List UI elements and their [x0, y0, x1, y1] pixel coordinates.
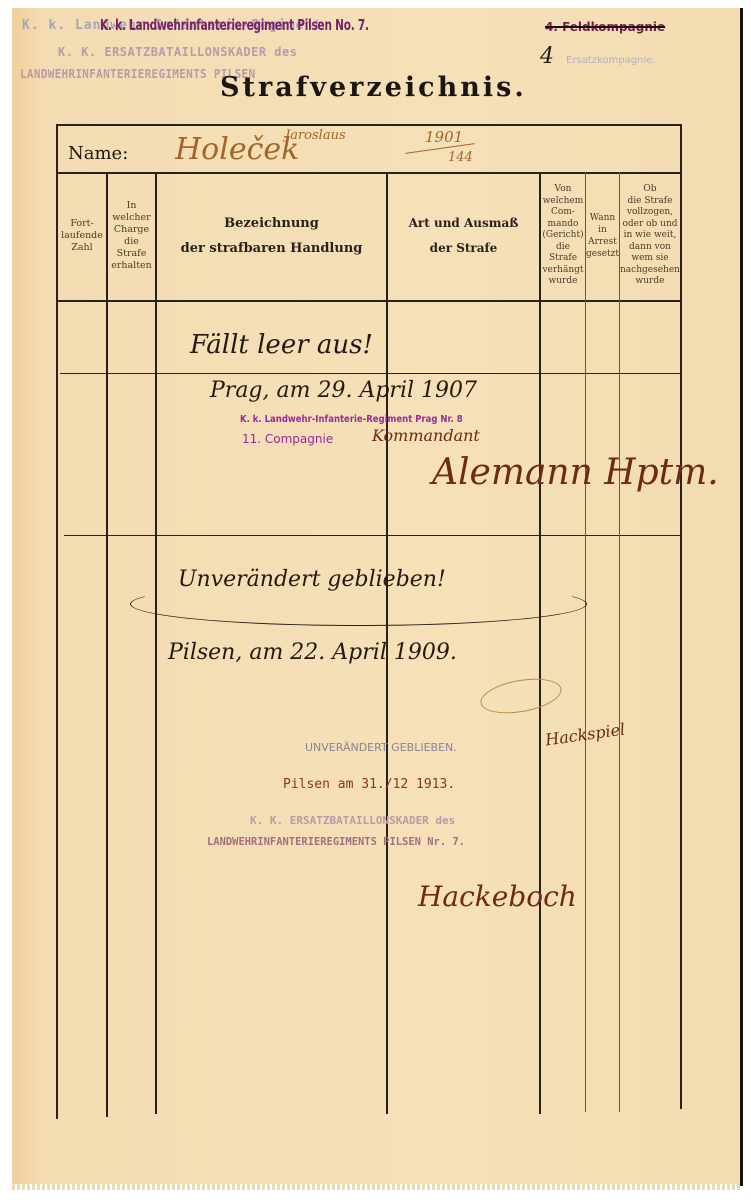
header-offense: Bezeichnung der strafbaren Handlung — [157, 174, 386, 298]
ersatz-1913-stamp-line1: K. K. ERSATZBATAILLONSKADER des — [250, 814, 455, 827]
col-line-1 — [106, 172, 108, 1117]
prague-role: Kommandant — [372, 426, 480, 445]
underline-flourish — [130, 582, 587, 626]
ersatz-1913-stamp-line2: LANDWEHRINFANTERIEREGIMENTS PILSEN Nr. 7… — [207, 835, 465, 848]
entry-prague-date: Prag, am 29. April 1907 — [210, 378, 477, 403]
page-number: 4 — [540, 44, 554, 69]
name-surname: Holeček — [175, 132, 299, 167]
unchanged-stamp: UNVERÄNDERT GEBLIEBEN. — [305, 741, 457, 754]
header-fortlaufende-zahl: Fort- laufende Zahl — [58, 174, 106, 298]
row-divider-1 — [60, 373, 682, 374]
year-top: 1901 — [425, 128, 463, 146]
document-title: Strafverzeichnis. — [220, 72, 527, 103]
header-charge: In welcher Charge die Strafe erhalten — [108, 174, 155, 298]
pilsen-1909-date: Pilsen, am 22. April 1909. — [168, 640, 457, 665]
header-arrest: Wann in Arrest gesetzt — [586, 174, 619, 298]
col-line-6 — [619, 172, 620, 1112]
struck-company-stamp: 4. Feldkompagnie — [545, 20, 665, 34]
pilsen-1913-stamp: Pilsen am 31./12 1913. — [283, 777, 455, 792]
row-divider-2 — [64, 535, 682, 536]
prague-regiment-stamp: K. k. Landwehr-Infanterie-Regiment Prag … — [240, 414, 463, 425]
name-label: Name: — [68, 143, 128, 164]
col-line-2 — [155, 172, 157, 1114]
col-line-right — [680, 124, 682, 1109]
pilsen-1913-signature: Hackeboch — [418, 880, 577, 913]
entry-empty-note: Fällt leer aus! — [190, 330, 373, 360]
year-bottom: 144 — [448, 150, 473, 165]
header-penalty: Art und Ausmaß der Strafe — [388, 174, 539, 298]
name-firstname: Jaroslaus — [285, 128, 346, 143]
header-command: Von welchem Com- mando (Gericht) die Str… — [541, 174, 585, 298]
regiment-stamp: K. k. Landwehrinfanterieregiment Pilsen … — [100, 16, 369, 34]
prague-signature: Alemann Hptm. — [432, 452, 719, 493]
table-top-border — [57, 124, 682, 126]
faint-company-stamp: Ersatzkompagnie. — [566, 55, 656, 66]
col-line-5 — [585, 172, 586, 1112]
prague-company-stamp: 11. Compagnie — [242, 432, 333, 446]
ersatz-stamp-line1: K. K. ERSATZBATAILLONSKADER des — [58, 45, 297, 59]
header-executed: Ob die Strafe vollzogen, oder ob und in … — [620, 174, 680, 298]
col-line-4 — [539, 172, 541, 1114]
header-bottom-border — [57, 300, 682, 302]
